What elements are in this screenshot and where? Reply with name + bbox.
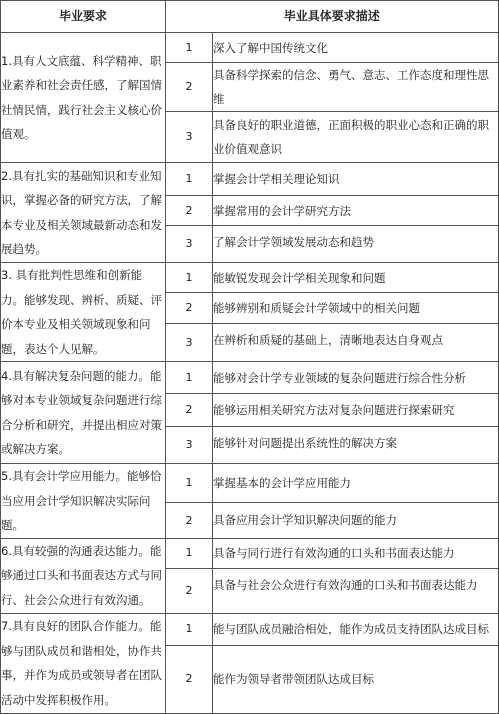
item-number: 2: [166, 568, 213, 613]
item-number: 1: [166, 538, 213, 568]
item-description: 掌握常用的会计学研究方法: [213, 196, 499, 226]
item-number: 2: [166, 394, 213, 427]
item-description: 掌握会计学相关理论知识: [213, 163, 499, 196]
item-description: 具备应用会计学知识解决问题的能力: [213, 503, 499, 538]
item-number: 3: [166, 427, 213, 464]
item-number: 1: [166, 163, 213, 196]
header-requirement: 毕业要求: [1, 1, 166, 33]
header-description: 毕业具体要求描述: [166, 1, 499, 33]
item-number: 3: [166, 112, 213, 163]
requirement-cell: 2.具有扎实的基础知识和专业知识，掌握必备的研究方法，了解本专业及相关领域最新动…: [1, 163, 166, 263]
item-description[interactable]: 具备良好的职业道德，正面积极的职业心态和正确的职业价值观意识: [213, 112, 499, 163]
item-number: 2: [166, 645, 213, 684]
item-number: 1: [166, 464, 213, 503]
item-description: 具备科学探索的信念、勇气、意志、工作态度和理性思维: [213, 63, 499, 112]
item-number: 1: [166, 263, 213, 293]
requirement-cell: 3. 具有批判性思维和创新能力。能够发现、辨析、质疑、评价本专业及相关领域现象和…: [1, 263, 166, 362]
item-number: 1: [166, 33, 213, 63]
item-number: 2: [166, 196, 213, 226]
table-row: 5.具有会计学应用能力。能够恰当应用会计学知识解决实际问题。 1 掌握基本的会计…: [1, 464, 499, 503]
item-description: 能作为领导者带领团队达成目标: [213, 645, 499, 684]
item-description: 具备与社会公众进行有效沟通的口头和书面表达能力: [213, 568, 499, 613]
table-row: 4.具有解决复杂问题的能力。能够对本专业领域复杂问题进行综合分析和研究，并提出相…: [1, 362, 499, 394]
graduation-requirements-table: 毕业要求 毕业具体要求描述 1.具有人文底蕴、科学精神、职业素养和社会责任感，了…: [0, 0, 499, 684]
requirement-cell: 5.具有会计学应用能力。能够恰当应用会计学知识解决实际问题。: [1, 464, 166, 539]
item-number: 3: [166, 323, 213, 361]
table-row: 3. 具有批判性思维和创新能力。能够发现、辨析、质疑、评价本专业及相关领域现象和…: [1, 263, 499, 293]
item-description: 能敏锐发现会计学相关现象和问题: [213, 263, 499, 293]
item-number: 1: [166, 362, 213, 394]
header-row: 毕业要求 毕业具体要求描述: [1, 1, 499, 33]
item-description: 具备与同行进行有效沟通的口头和书面表达能力: [213, 538, 499, 568]
table-row: 2.具有扎实的基础知识和专业知识，掌握必备的研究方法，了解本专业及相关领域最新动…: [1, 163, 499, 196]
requirement-cell: 7.具有良好的团队合作能力。能够与团队成员和谐相处，协作共事，并作为成员或领导者…: [1, 613, 166, 684]
item-description: 在辨析和质疑的基础上，清晰地表达自身观点: [213, 323, 499, 361]
item-description: 了解会计学领域发展动态和趋势: [213, 226, 499, 263]
item-description: 掌握基本的会计学应用能力: [213, 464, 499, 503]
item-number: 3: [166, 226, 213, 263]
item-number: 2: [166, 293, 213, 323]
item-description: 能够针对问题提出系统性的解决方案: [213, 427, 499, 464]
item-number: 2: [166, 503, 213, 538]
table-row: 6.具有较强的沟通表达能力。能够通过口头和书面表达方式与同行、社会公众进行有效沟…: [1, 538, 499, 568]
requirement-cell: 1.具有人文底蕴、科学精神、职业素养和社会责任感，了解国情社情民情，践行社会主义…: [1, 33, 166, 163]
item-number: 2: [166, 63, 213, 112]
item-description: 深入了解中国传统文化: [213, 33, 499, 63]
item-description: 能够运用相关研究方法对复杂问题进行探索研究: [213, 394, 499, 427]
requirement-cell: 4.具有解决复杂问题的能力。能够对本专业领域复杂问题进行综合分析和研究，并提出相…: [1, 362, 166, 464]
item-description: 能够辨别和质疑会计学领域中的相关问题: [213, 293, 499, 323]
item-description: 能与团队成员融洽相处，能作为成员支持团队达成目标: [213, 613, 499, 645]
item-description: 能够对会计学专业领域的复杂问题进行综合性分析: [213, 362, 499, 394]
table-row: 7.具有良好的团队合作能力。能够与团队成员和谐相处，协作共事，并作为成员或领导者…: [1, 613, 499, 645]
table-row: 1.具有人文底蕴、科学精神、职业素养和社会责任感，了解国情社情民情，践行社会主义…: [1, 33, 499, 63]
requirement-cell: 6.具有较强的沟通表达能力。能够通过口头和书面表达方式与同行、社会公众进行有效沟…: [1, 538, 166, 613]
item-number: 1: [166, 613, 213, 645]
